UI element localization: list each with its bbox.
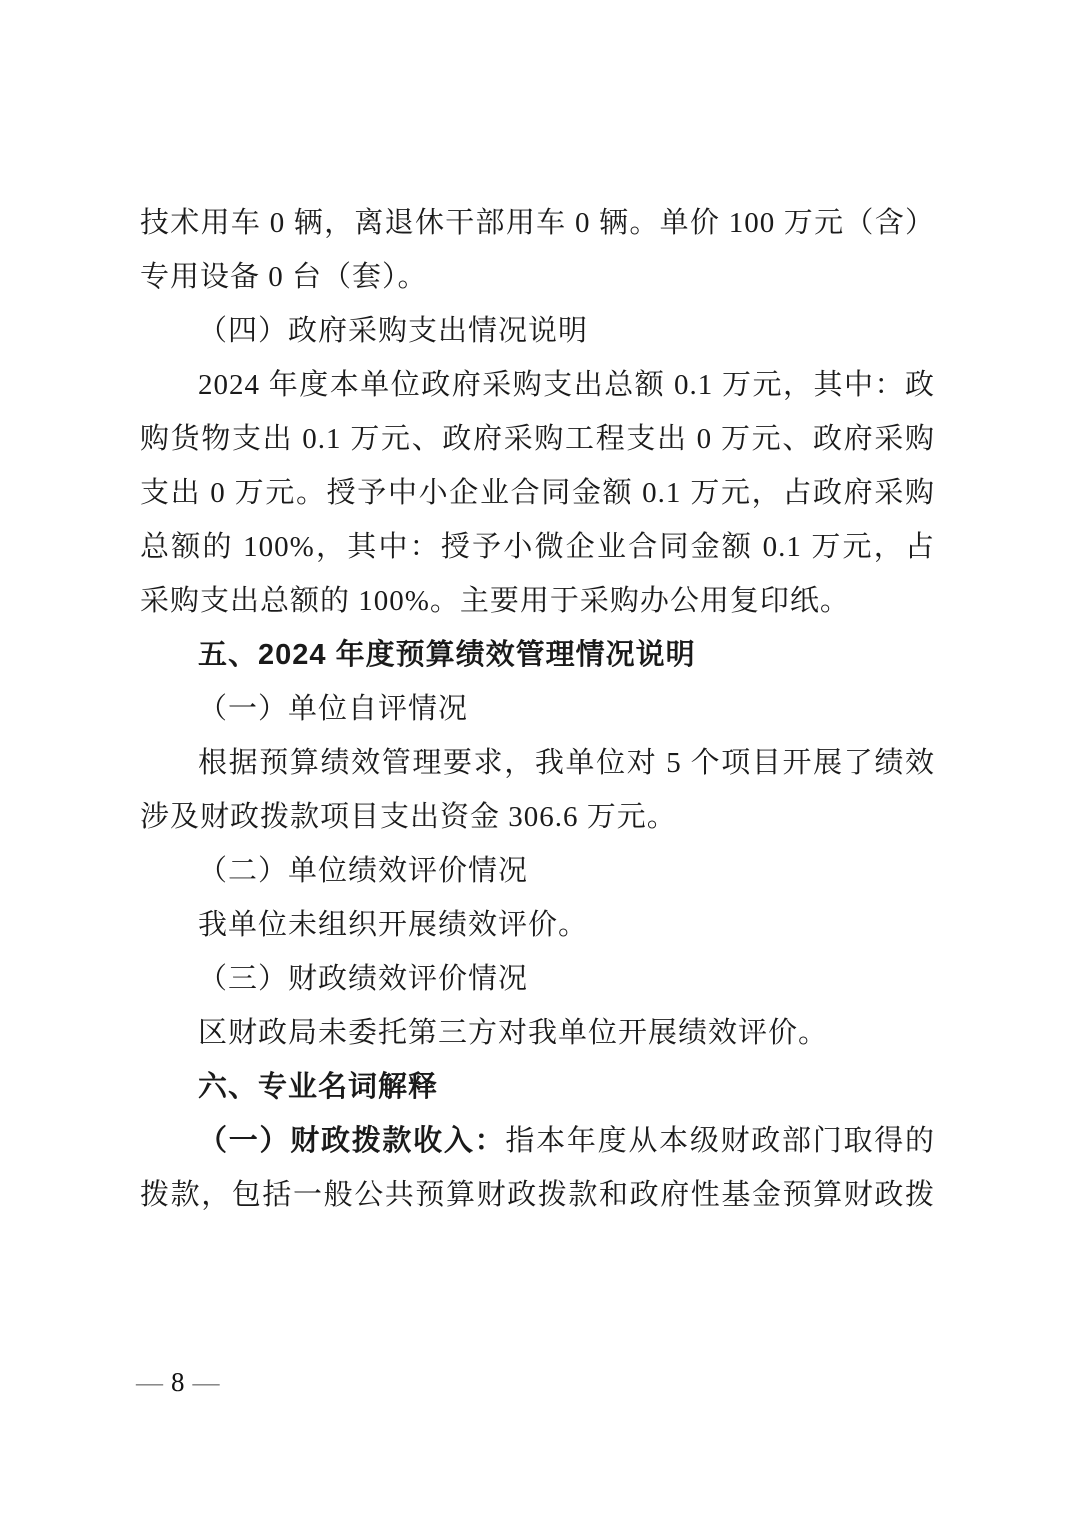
- page-number: 8: [165, 1367, 193, 1397]
- text-line: 拨款，包括一般公共预算财政拨款和政府性基金预算财政拨款。: [140, 1168, 935, 1222]
- body-text: 拨款，包括一般公共预算财政拨款和政府性基金预算财政拨款。: [140, 1179, 935, 1222]
- text-line: 专用设备 0 台（套）。: [140, 250, 935, 304]
- heading-text: 五、2024 年度预算绩效管理情况说明: [198, 639, 696, 671]
- body-text: （三）财政绩效评价情况: [198, 963, 528, 995]
- text-line: 技术用车 0 辆，离退休干部用车 0 辆。单价 100 万元（含）以上: [140, 196, 935, 250]
- body-text: 技术用车 0 辆，离退休干部用车 0 辆。单价 100 万元（含）以上: [140, 207, 935, 250]
- term-text: （一）财政拨款收入：: [198, 1125, 505, 1157]
- body-text: （四）政府采购支出情况说明: [198, 315, 588, 347]
- text-line: （二）单位绩效评价情况: [140, 844, 935, 898]
- footer-dash-right: —: [193, 1367, 222, 1397]
- body-text: 支出 0 万元。授予中小企业合同金额 0.1 万元，占政府采购支出: [140, 477, 935, 520]
- text-line: 采购支出总额的 100%。主要用于采购办公用复印纸。: [140, 574, 935, 628]
- text-line: 支出 0 万元。授予中小企业合同金额 0.1 万元，占政府采购支出: [140, 466, 935, 520]
- body-text: 总额的 100%，其中：授予小微企业合同金额 0.1 万元，占政府: [140, 531, 935, 574]
- body-text: 专用设备 0 台（套）。: [140, 261, 428, 293]
- text-line: （一）财政拨款收入：指本年度从本级财政部门取得的财政: [140, 1114, 935, 1168]
- text-line: （四）政府采购支出情况说明: [140, 304, 935, 358]
- text-line: 总额的 100%，其中：授予小微企业合同金额 0.1 万元，占政府: [140, 520, 935, 574]
- body-text: 根据预算绩效管理要求，我单位对 5 个项目开展了绩效自评，: [140, 747, 935, 790]
- text-line: （一）单位自评情况: [140, 682, 935, 736]
- body-text: （二）单位绩效评价情况: [198, 855, 528, 887]
- body-text: 采购支出总额的 100%。主要用于采购办公用复印纸。: [140, 585, 850, 617]
- text-line: 我单位未组织开展绩效评价。: [140, 898, 935, 952]
- text-line: 根据预算绩效管理要求，我单位对 5 个项目开展了绩效自评，: [140, 736, 935, 790]
- body-text: （一）单位自评情况: [198, 693, 468, 725]
- text-line: 涉及财政拨款项目支出资金 306.6 万元。: [140, 790, 935, 844]
- body-text: 2024 年度本单位政府采购支出总额 0.1 万元，其中：政府采: [140, 369, 935, 412]
- section-heading-line: 六、专业名词解释: [140, 1060, 935, 1114]
- body-text: 购货物支出 0.1 万元、政府采购工程支出 0 万元、政府采购服务: [140, 423, 935, 466]
- section-heading-line: 五、2024 年度预算绩效管理情况说明: [140, 628, 935, 682]
- document-page: 技术用车 0 辆，离退休干部用车 0 辆。单价 100 万元（含）以上专用设备 …: [0, 0, 1074, 1520]
- page-footer: —8—: [136, 1362, 222, 1402]
- body-text: 我单位未组织开展绩效评价。: [198, 909, 588, 941]
- footer-dash-left: —: [136, 1367, 165, 1397]
- text-line: 购货物支出 0.1 万元、政府采购工程支出 0 万元、政府采购服务: [140, 412, 935, 466]
- text-line: （三）财政绩效评价情况: [140, 952, 935, 1006]
- document-body: 技术用车 0 辆，离退休干部用车 0 辆。单价 100 万元（含）以上专用设备 …: [140, 196, 935, 1222]
- heading-text: 六、专业名词解释: [198, 1071, 438, 1103]
- body-text: 区财政局未委托第三方对我单位开展绩效评价。: [198, 1017, 828, 1049]
- text-line: 2024 年度本单位政府采购支出总额 0.1 万元，其中：政府采: [140, 358, 935, 412]
- text-line: 区财政局未委托第三方对我单位开展绩效评价。: [140, 1006, 935, 1060]
- body-text: 涉及财政拨款项目支出资金 306.6 万元。: [140, 801, 677, 833]
